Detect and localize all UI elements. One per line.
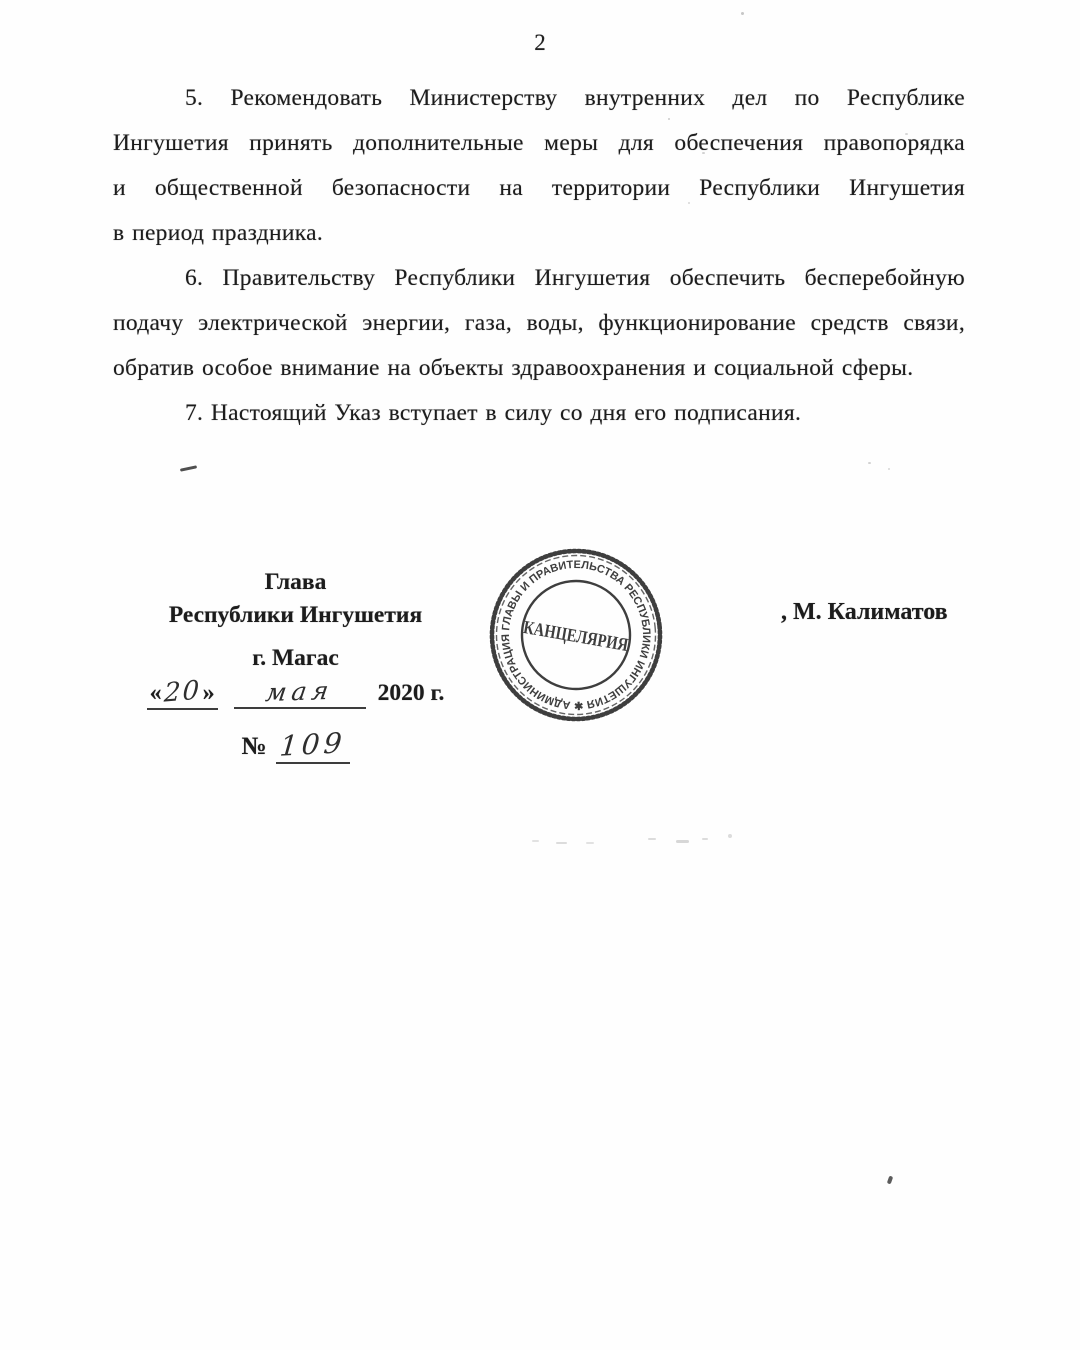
- page-number: 2: [0, 30, 1080, 56]
- scan-artifact: [741, 12, 744, 15]
- scan-artifact: [556, 842, 567, 844]
- body-line: и общественной безопасности на территори…: [113, 166, 965, 211]
- body-line: Ингушетия принять дополнительные меры дл…: [113, 121, 965, 166]
- body-line: обратив особое внимание на объекты здрав…: [113, 346, 965, 391]
- signer-name: , М. Калиматов: [781, 599, 948, 626]
- scan-artifact: [868, 462, 871, 464]
- close-quote: »: [203, 680, 215, 707]
- body-line: 5. Рекомендовать Министерству внутренних…: [113, 76, 965, 121]
- signer-title-line1: Глава: [118, 566, 473, 599]
- signer-title-line2: Республики Ингушетия: [118, 599, 473, 632]
- date-day-field: « 20 »: [147, 677, 218, 710]
- body-line: в период праздника.: [113, 211, 965, 256]
- scan-artifact: [887, 1176, 893, 1185]
- decree-body: 5. Рекомендовать Министерству внутренних…: [113, 76, 965, 436]
- date-year: 2020 г.: [378, 680, 445, 707]
- scan-artifact: [888, 468, 890, 470]
- signature-city: г. Магас: [118, 643, 473, 674]
- scan-artifact: [728, 834, 732, 838]
- handwritten-number: 109: [278, 726, 347, 762]
- handwritten-month: мая: [264, 676, 336, 707]
- handwritten-day: 20: [163, 675, 202, 708]
- scan-artifact: [586, 842, 594, 844]
- body-line: 7. Настоящий Указ вступает в силу со дня…: [113, 391, 965, 436]
- scan-artifact: [702, 152, 705, 154]
- scan-artifact: [702, 838, 708, 840]
- body-line: 6. Правительству Республики Ингушетия об…: [113, 256, 965, 301]
- scan-artifact: [688, 202, 690, 204]
- stamp-center-text: КАНЦЕЛЯРИЯ: [522, 618, 630, 656]
- scan-artifact: [676, 840, 689, 843]
- document-page: 2 5. Рекомендовать Министерству внутренн…: [0, 0, 1080, 1350]
- signature-block: Глава Республики Ингушетия г. Магас « 20…: [118, 566, 473, 766]
- scan-artifact: [648, 838, 656, 840]
- number-field: 109: [276, 728, 350, 764]
- scan-artifact: [668, 118, 670, 120]
- signature-date: « 20 » мая 2020 г.: [118, 677, 473, 713]
- decree-number: № 109: [118, 728, 473, 766]
- scan-artifact: [652, 186, 654, 188]
- body-line: подачу электрической энергии, газа, воды…: [113, 301, 965, 346]
- scan-artifact: [532, 840, 539, 842]
- chancellery-stamp: ✱ АДМИНИСТРАЦИЯ ГЛАВЫ И ПРАВИТЕЛЬСТВА РЕ…: [476, 535, 676, 735]
- scan-artifact: [905, 133, 908, 135]
- date-month-field: мая: [234, 677, 366, 709]
- scan-artifact: [180, 465, 197, 471]
- number-sign: №: [241, 733, 266, 761]
- scan-artifact: [643, 282, 645, 284]
- open-quote: «: [150, 680, 162, 707]
